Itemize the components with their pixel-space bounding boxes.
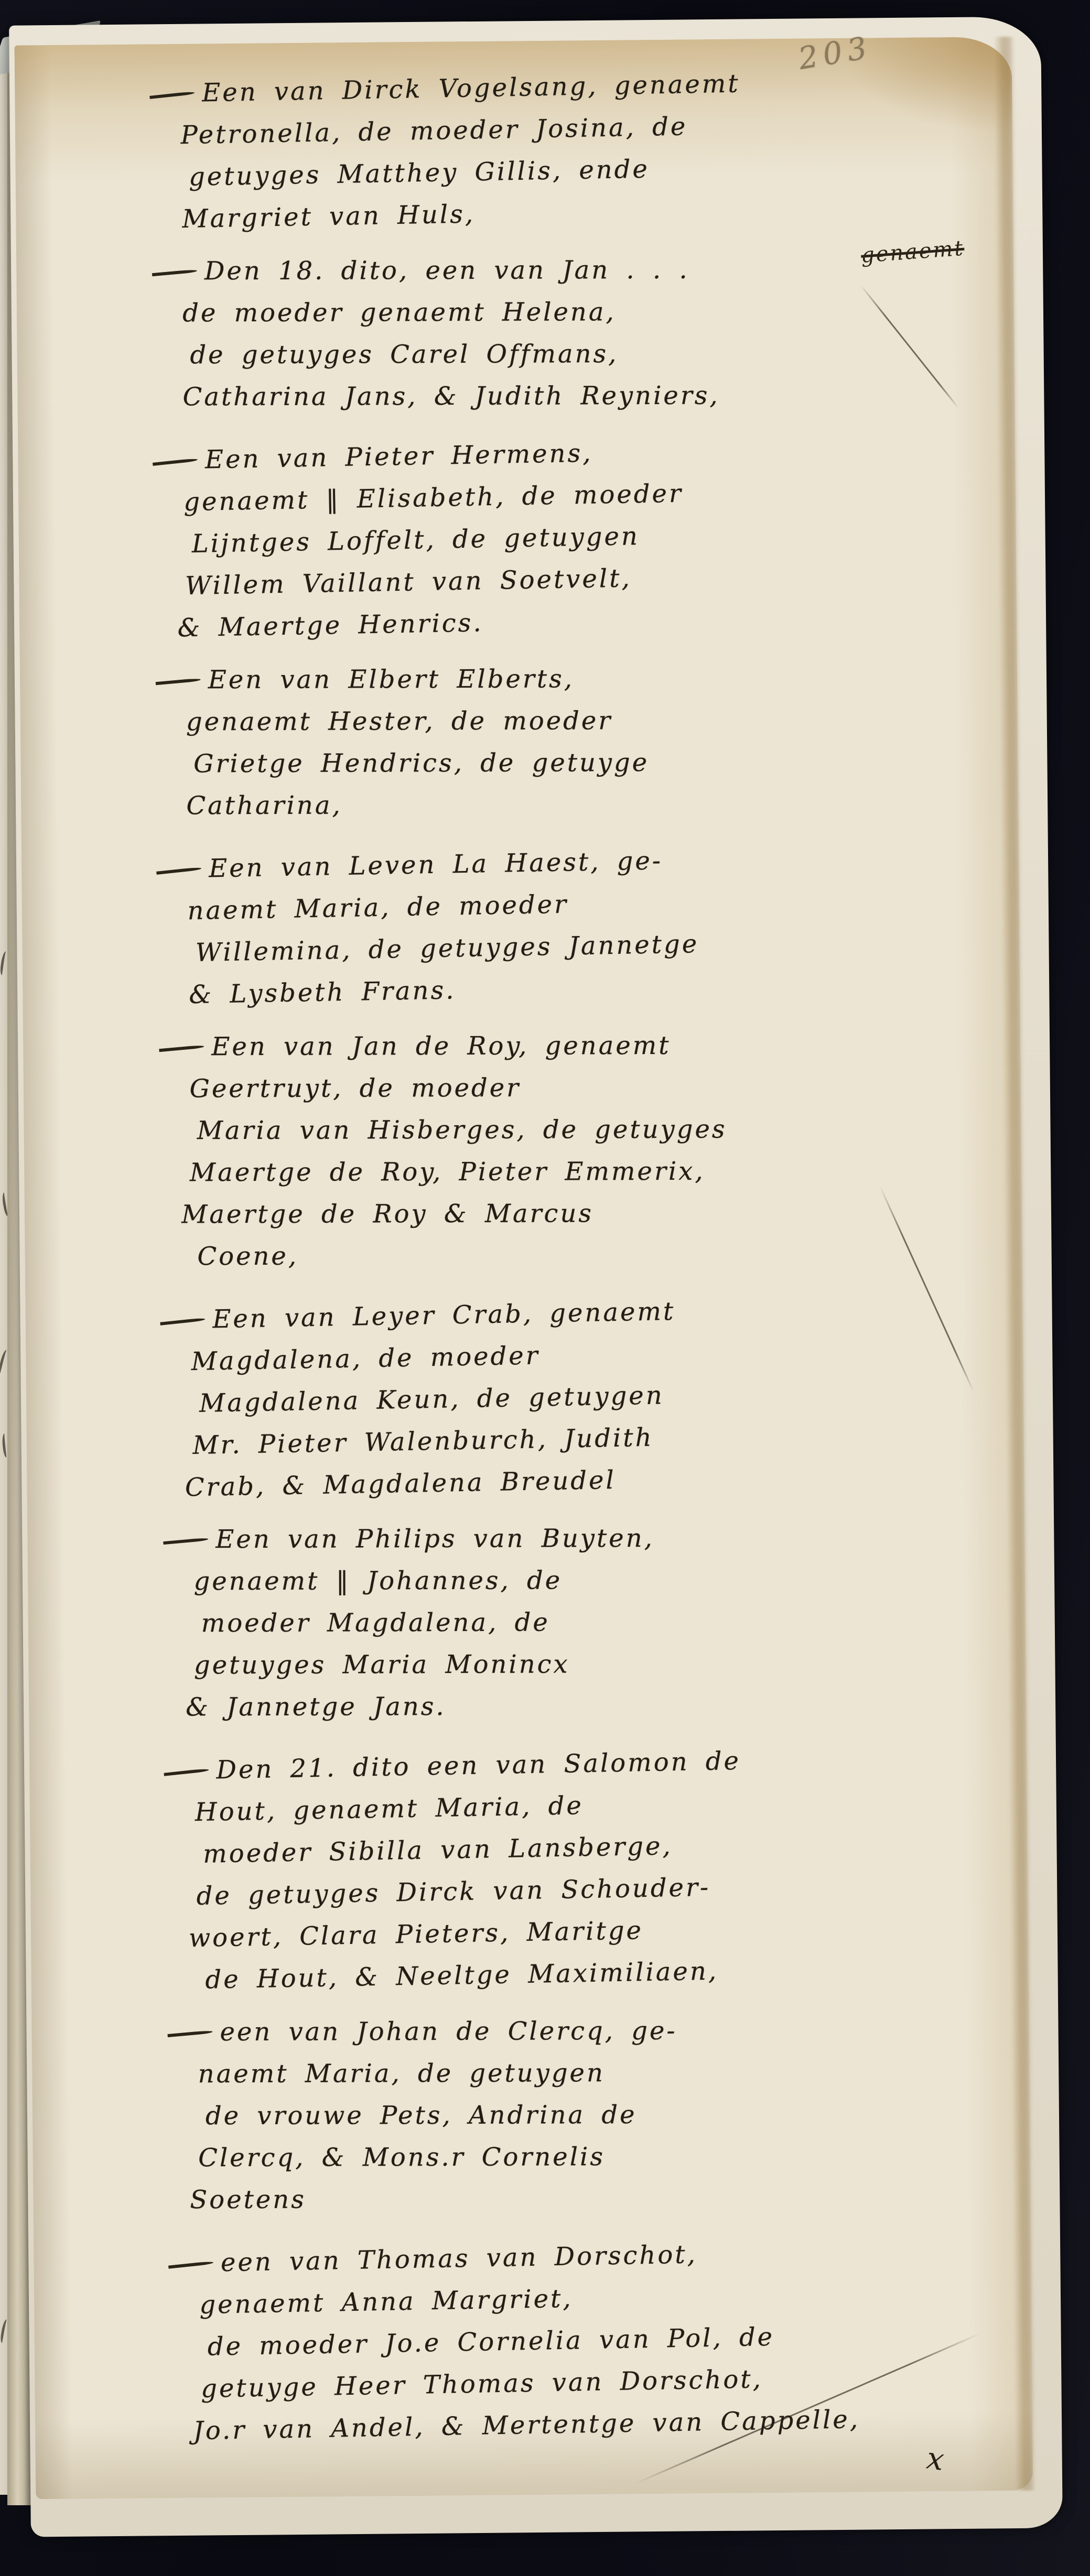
entry-line: Catharina Jans, & Judith Reyniers,: [183, 374, 952, 418]
page-surface: 203 Een van Dirck Vogelsang, genaemtPetr…: [14, 37, 1033, 2499]
entry-line: Een van Jan de Roy, genaemt: [211, 1024, 958, 1068]
entry-line: Clercq, & Mons.r Cornelis: [198, 2135, 967, 2179]
baptism-entry: Een van Leven La Haest, ge-naemt Maria, …: [178, 835, 957, 1016]
entry-line: & Jannetge Jans.: [186, 1684, 963, 1728]
manuscript-scan: 203 Een van Dirck Vogelsang, genaemtPetr…: [0, 0, 1090, 2576]
baptism-entry: Een van Jan de Roy, genaemtGeertruyt, de…: [181, 1024, 958, 1277]
entry-line: genaemt ‖ Johannes, de: [193, 1558, 962, 1602]
entry-line: Een van Elbert Elberts,: [208, 657, 955, 701]
entry-line: Maertge de Roy & Marcus: [181, 1191, 958, 1235]
baptism-entry: Een van Dirck Vogelsang, genaemtPetronel…: [171, 59, 951, 241]
entry-line: Coene,: [197, 1233, 958, 1277]
baptism-entry: Een van Philips van Buyten,genaemt ‖ Joh…: [185, 1516, 963, 1728]
baptism-entry: een van Thomas van Dorschot,genaemt Anna…: [190, 2229, 970, 2452]
entry-line: genaemt Hester, de moeder: [186, 699, 955, 743]
entry-line: naemt Maria, de getuygen: [198, 2051, 967, 2095]
page-fold-crease: [994, 37, 1036, 2491]
entries: Een van Dirck Vogelsang, genaemtPetronel…: [172, 62, 970, 2464]
entry-line: moeder Magdalena, de: [201, 1600, 963, 1644]
baptism-entry: Den 21. dito een van Salomon deHout, gen…: [186, 1736, 967, 2001]
baptism-entry: Een van Pieter Hermens,genaemt ‖ Elisabe…: [174, 426, 955, 649]
page-deckle-edge: 203 Een van Dirck Vogelsang, genaemtPetr…: [9, 17, 1063, 2537]
entry-line: de moeder genaemt Helena,: [182, 290, 951, 334]
entry-line: de vrouwe Pets, Andrina de: [206, 2093, 967, 2137]
baptism-entry: Den 18. dito, een van Jan . . .de moeder…: [174, 248, 952, 418]
entry-line: een van Johan de Clercq, ge-: [220, 2009, 966, 2053]
entry-line: de getuyges Carel Offmans,: [190, 332, 951, 376]
baptism-entry: Een van Leyer Crab, genaemtMagdalena, de…: [182, 1286, 963, 1509]
entry-line: Een van Philips van Buyten,: [215, 1516, 962, 1560]
entry-line: Grietge Hendrics, de getuyge: [193, 741, 955, 785]
entry-line: Soetens: [190, 2177, 967, 2221]
entry-line: getuyges Maria Monincx: [194, 1642, 963, 1686]
baptism-entry: een van Johan de Clercq, ge-naemt Maria,…: [189, 2009, 967, 2221]
entry-line: Geertruyt, de moeder: [189, 1066, 958, 1110]
entry-line: Maria van Hisberges, de getuyges: [197, 1107, 958, 1151]
entry-line: Den 18. dito, een van Jan . . .: [204, 248, 951, 292]
baptism-entry: Een van Elbert Elberts,genaemt Hester, d…: [178, 657, 955, 827]
entry-line: Catharina,: [186, 783, 955, 827]
entry-line: Maertge de Roy, Pieter Emmerix,: [190, 1149, 958, 1193]
